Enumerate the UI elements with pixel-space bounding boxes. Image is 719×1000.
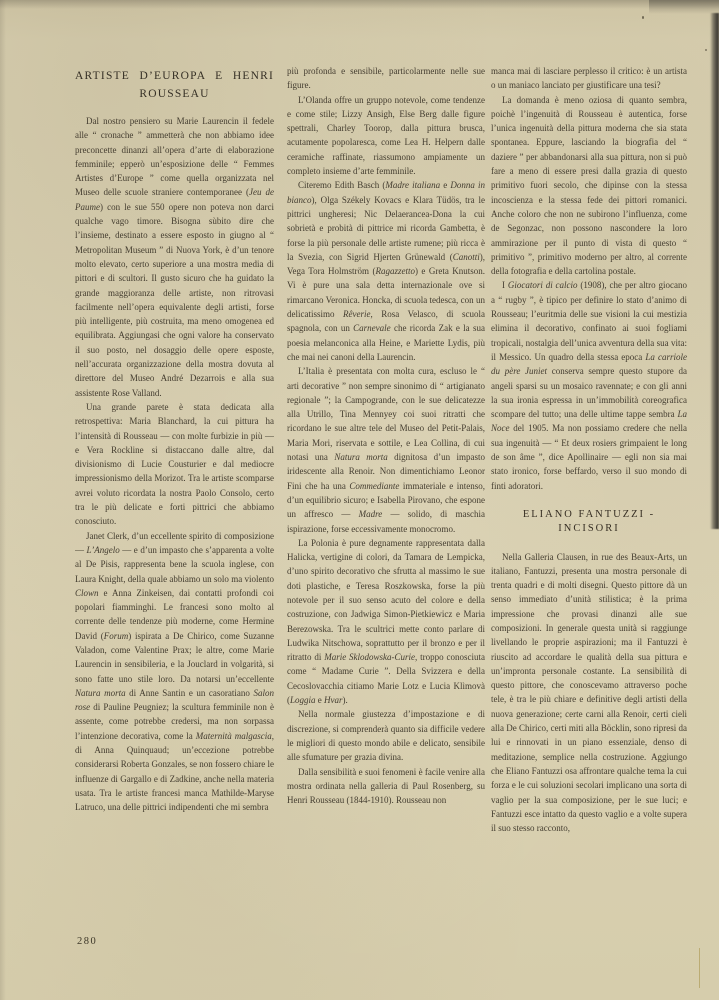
text-segment: più profonda e sensibile, particolarment… bbox=[287, 66, 485, 90]
text-segment: Una grande parete è stata dedicata alla … bbox=[75, 402, 274, 526]
text-segment: Dalla sensibilità e suoi fenomeni è faci… bbox=[287, 767, 485, 806]
italic-work-title: Hvar bbox=[324, 695, 343, 705]
italic-work-title: Natura morta bbox=[334, 452, 387, 462]
italic-work-title: Canotti bbox=[453, 252, 480, 262]
text-segment: La Polonia è pure degnamente rappresenta… bbox=[287, 538, 485, 662]
paper-speck bbox=[642, 16, 644, 19]
text-segment: , di Anna Quinquaud; un’eccezione potreb… bbox=[75, 731, 274, 812]
paragraph: Citeremo Edith Basch (Madre italiana e D… bbox=[287, 178, 485, 364]
article-title-line-2: ROUSSEAU bbox=[75, 88, 274, 102]
paragraph: Janet Clerk, d’un eccellente spirito di … bbox=[75, 529, 274, 815]
italic-work-title: Clown bbox=[75, 588, 99, 598]
paragraph: L’Italia è presentata con molta cura, es… bbox=[287, 364, 485, 536]
paragraph: Una grande parete è stata dedicata alla … bbox=[75, 400, 274, 529]
text-segment: e bbox=[316, 695, 325, 705]
italic-work-title: Giocatori di calcio bbox=[508, 280, 578, 290]
scan-left-edge-shadow bbox=[0, 0, 6, 1000]
paragraph: Nella Galleria Clausen, in rue des Beaux… bbox=[491, 550, 687, 836]
text-segment: L’Italia è presentata con molta cura, es… bbox=[287, 366, 485, 462]
italic-work-title: Madre bbox=[359, 509, 383, 519]
column-1: ARTISTE D’EUROPA E HENRI ROUSSEAU Dal no… bbox=[75, 70, 274, 952]
paragraph: Nella normale giustezza d’impostazione e… bbox=[287, 707, 485, 764]
text-segment: L’Olanda offre un gruppo notevole, come … bbox=[287, 95, 485, 176]
text-segment: e bbox=[440, 180, 450, 190]
text-segment: La domanda è meno oziosa di quanto sembr… bbox=[491, 95, 687, 277]
italic-work-title: Madre italiana bbox=[385, 180, 440, 190]
italic-work-title: Forum bbox=[104, 631, 129, 641]
paragraph: La domanda è meno oziosa di quanto sembr… bbox=[491, 93, 687, 279]
italic-work-title: Marie Sklodowska-Curie bbox=[324, 652, 415, 662]
text-segment: del 1905. Ma non possiamo credere che ne… bbox=[491, 423, 687, 490]
article-title-line-1: ARTISTE D’EUROPA E HENRI bbox=[75, 70, 274, 84]
text-segment: Citeremo Edith Basch ( bbox=[298, 180, 385, 190]
paragraph: Dalla sensibilità e suoi fenomeni è faci… bbox=[287, 765, 485, 808]
text-segment: Nella Galleria Clausen, in rue des Beaux… bbox=[491, 552, 687, 834]
text-segment: di Anne Santin e un casoratiano bbox=[126, 688, 254, 698]
paragraph: La Polonia è pure degnamente rappresenta… bbox=[287, 536, 485, 708]
scan-corner-shadow bbox=[649, 0, 719, 14]
italic-work-title: Carnevale bbox=[353, 323, 391, 333]
scan-right-edge-shadow bbox=[710, 13, 719, 529]
text-segment: Dal nostro pensiero su Marie Laurencin i… bbox=[75, 116, 274, 197]
text-segment: manca mai di lasciare perplesso il criti… bbox=[491, 66, 687, 90]
italic-work-title: Natura morta bbox=[75, 688, 126, 698]
page-number: 280 bbox=[77, 936, 97, 947]
italic-work-title: Ragazzetto bbox=[375, 266, 415, 276]
italic-work-title: L’Angelo bbox=[87, 545, 120, 555]
paragraph: più profonda e sensibile, particolarment… bbox=[287, 64, 485, 93]
italic-work-title: Commediante bbox=[349, 481, 399, 491]
italic-work-title: Rêverie bbox=[343, 309, 370, 319]
paragraph: L’Olanda offre un gruppo notevole, come … bbox=[287, 93, 485, 179]
section-heading: ELIANO FANTUZZI - INCISORI bbox=[491, 508, 687, 537]
scan-top-edge-shadow bbox=[0, 0, 719, 9]
paper-speck bbox=[705, 49, 707, 51]
italic-work-title: Maternità malgascia bbox=[196, 731, 272, 741]
text-segment: ) con le sue 550 opere non poteva non da… bbox=[75, 202, 274, 398]
paragraph: manca mai di lasciare perplesso il criti… bbox=[491, 64, 687, 93]
paper-scratch bbox=[699, 948, 700, 988]
article-title: ARTISTE D’EUROPA E HENRI ROUSSEAU bbox=[75, 70, 274, 101]
column-3: manca mai di lasciare perplesso il criti… bbox=[491, 64, 687, 946]
text-segment: Nella normale giustezza d’impostazione e… bbox=[287, 709, 485, 762]
book-page: ARTISTE D’EUROPA E HENRI ROUSSEAU Dal no… bbox=[0, 0, 719, 1000]
column-2: più profonda e sensibile, particolarment… bbox=[287, 64, 485, 946]
paragraph: Dal nostro pensiero su Marie Laurencin i… bbox=[75, 114, 274, 400]
italic-work-title: Loggia bbox=[290, 695, 316, 705]
text-segment: ). bbox=[343, 695, 348, 705]
text-segment: (1908), che per altro giocano a “ rugby … bbox=[491, 280, 687, 361]
paragraph: I Giocatori di calcio (1908), che per al… bbox=[491, 278, 687, 492]
